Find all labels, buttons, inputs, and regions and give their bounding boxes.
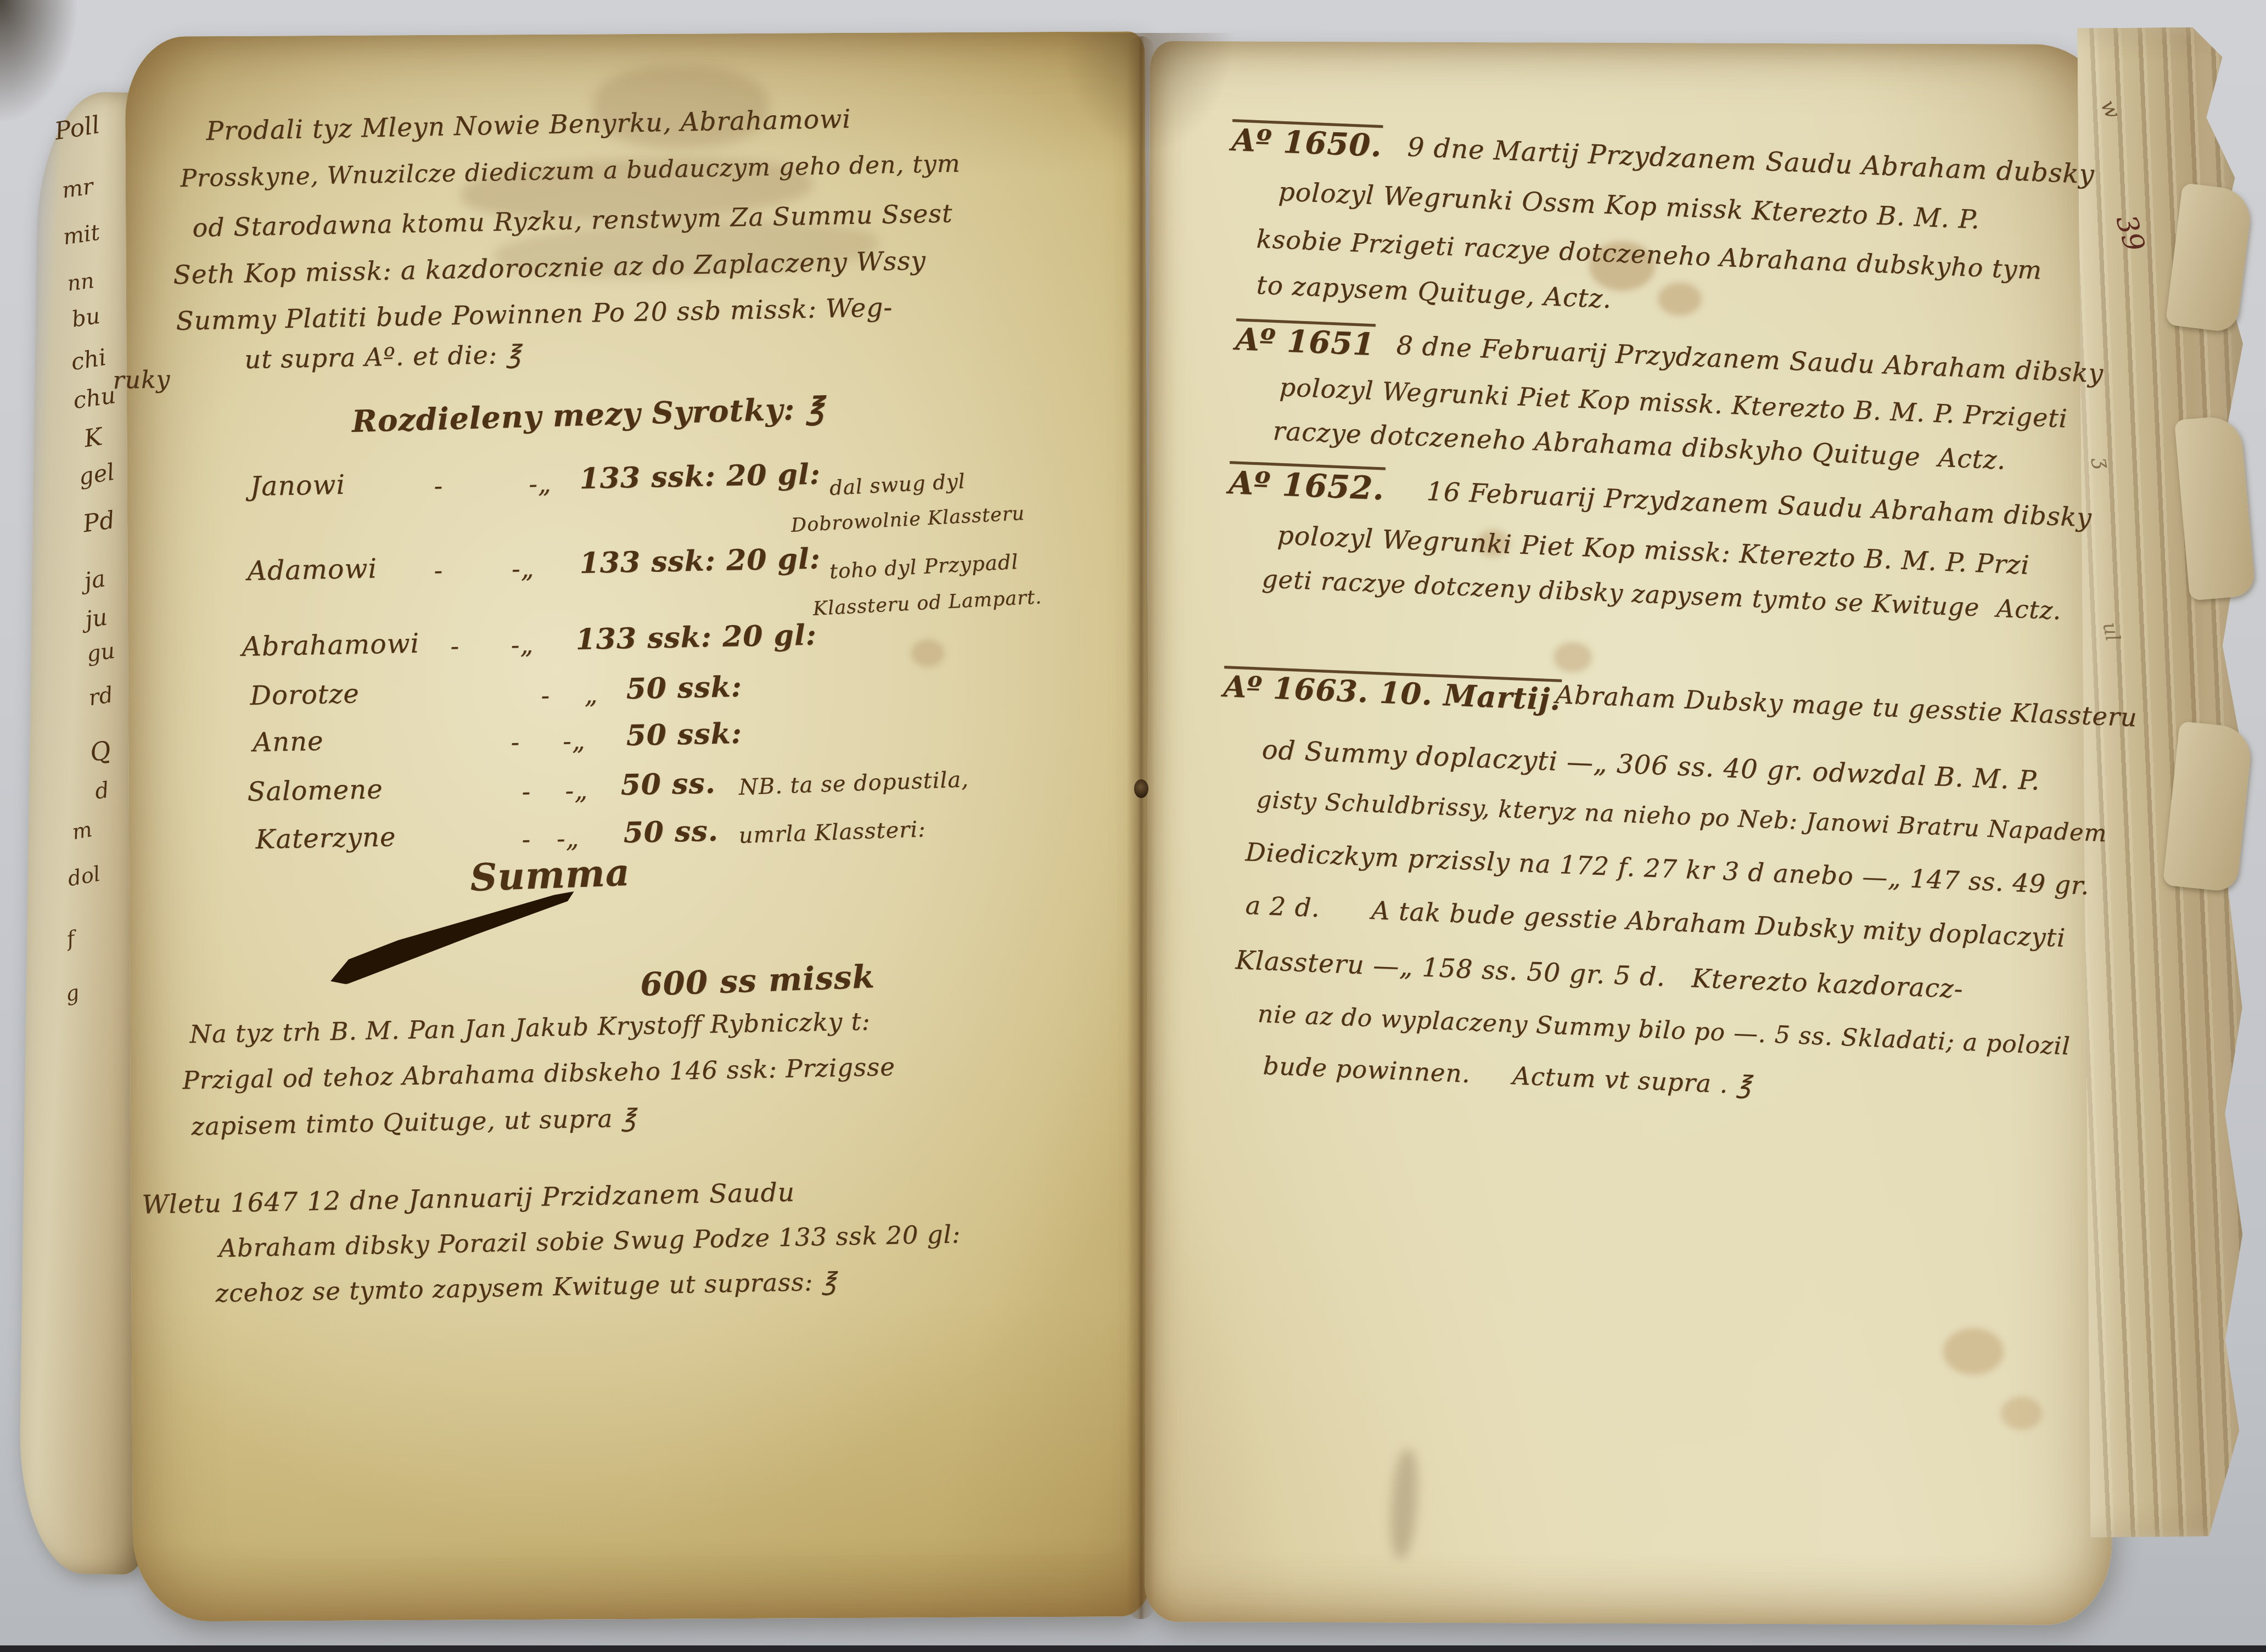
margin-fragment: mr xyxy=(60,174,95,203)
list-dashes: - -„ xyxy=(434,469,552,501)
list-name: Katerzyne xyxy=(255,822,396,855)
list-name: Salomene xyxy=(247,774,383,807)
manuscript-photo: Poll mr mit nn bu chi chu K gel Pd ja ju… xyxy=(0,0,2266,1652)
list-amount: 50 ssk: xyxy=(626,717,742,752)
margin-fragment: bu xyxy=(70,304,102,333)
margin-fragment: m xyxy=(70,817,94,845)
margin-fragment: gu xyxy=(85,638,116,667)
list-amount: 50 ss. xyxy=(623,814,719,850)
entry-year: Aº 1652. xyxy=(1228,464,1385,507)
margin-fragment: chi xyxy=(69,344,108,375)
manuscript-line: ruky xyxy=(113,366,171,395)
list-name: Abrahamowi xyxy=(242,628,420,662)
list-dashes: - -„ xyxy=(521,823,580,854)
margin-fragment: nn xyxy=(66,268,96,296)
list-amount: 133 ssk: 20 gl: xyxy=(579,458,821,496)
list-dashes: - -„ xyxy=(511,726,586,757)
margin-fragment: ja xyxy=(82,565,107,594)
list-name: Janowi xyxy=(250,469,346,502)
list-dashes: - -„ xyxy=(434,553,535,585)
list-name: Anne xyxy=(253,726,324,758)
list-amount: 50 ss. xyxy=(620,767,716,802)
entry-year: Aº 1650. xyxy=(1231,122,1383,164)
dark-corner-shadow xyxy=(0,0,77,121)
list-name: Dorotze xyxy=(250,678,360,711)
margin-fragment: gel xyxy=(77,458,116,491)
margin-fragment: rd xyxy=(87,682,115,711)
list-name: Adamowi xyxy=(247,553,378,587)
list-amount: 50 ssk: xyxy=(626,670,742,706)
summa-label: Summa xyxy=(469,851,631,900)
manuscript-line: ut supra Aº. et die: ℥ xyxy=(244,339,521,374)
list-amount: 133 ssk: 20 gl: xyxy=(575,619,817,656)
list-dashes: - -„ xyxy=(450,630,534,661)
entry-year: Aº 1651 xyxy=(1235,321,1375,363)
margin-fragment: mit xyxy=(61,220,102,250)
margin-fragment: ju xyxy=(83,603,109,633)
list-dashes: - „ xyxy=(541,679,598,710)
list-amount: 133 ssk: 20 gl: xyxy=(579,542,821,580)
list-dashes: - -„ xyxy=(521,776,588,806)
margin-fragment: Pd xyxy=(81,506,116,538)
scan-bottom-edge xyxy=(0,1645,2266,1652)
margin-fragment: K xyxy=(82,423,104,453)
